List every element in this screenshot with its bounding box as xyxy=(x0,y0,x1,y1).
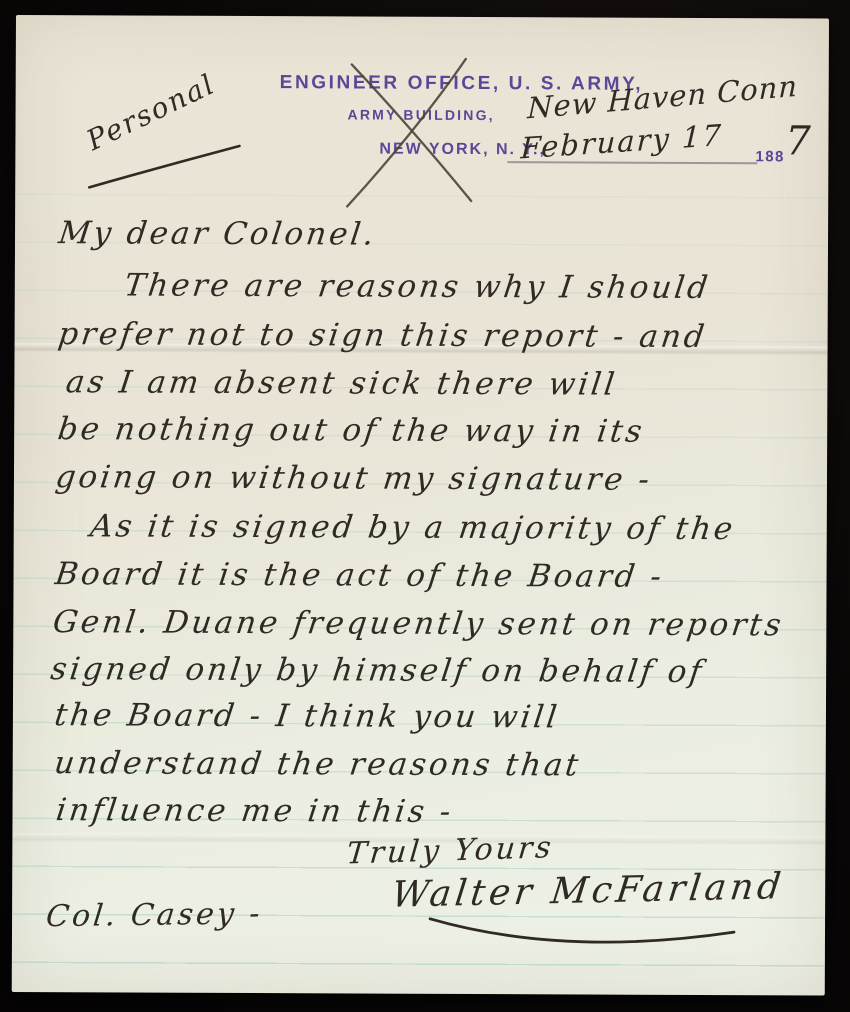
signature: Walter McFarland xyxy=(389,866,786,916)
addressee: Col. Casey - xyxy=(44,896,264,934)
handwritten-line: understand the reasons that xyxy=(52,745,583,783)
printed-year-prefix: 188 xyxy=(755,148,785,165)
letter-paper: ENGINEER OFFICE, U. S. ARMY, ARMY BUILDI… xyxy=(12,15,829,996)
handwritten-year-digit: 7 xyxy=(785,118,811,164)
handwritten-line: the Board - I think you will xyxy=(52,697,561,735)
salutation: My dear Colonel. xyxy=(57,215,379,252)
personal-annotation: Personal xyxy=(82,67,221,157)
handwritten-line: prefer not to sign this report - and xyxy=(56,316,709,355)
handwritten-line: signed only by himself on behalf of xyxy=(49,651,707,690)
letterhead-building-line: ARMY BUILDING, xyxy=(348,106,495,123)
closing-phrase: Truly Yours xyxy=(345,830,555,871)
handwritten-line: Board it is the act of the Board - xyxy=(53,556,666,595)
handwritten-line: influence me in this - xyxy=(54,792,456,830)
handwritten-line: going on without my signature - xyxy=(53,459,654,498)
handwritten-line: As it is signed by a majority of the xyxy=(88,508,737,547)
handwritten-line: There are reasons why I should xyxy=(122,267,712,306)
photo-background: ENGINEER OFFICE, U. S. ARMY, ARMY BUILDI… xyxy=(0,0,850,1012)
handwritten-line: be nothing out of the way in its xyxy=(56,411,647,450)
handwritten-line: Genl. Duane frequently sent on reports xyxy=(51,604,786,643)
handwritten-line: as I am absent sick there will xyxy=(64,364,619,402)
